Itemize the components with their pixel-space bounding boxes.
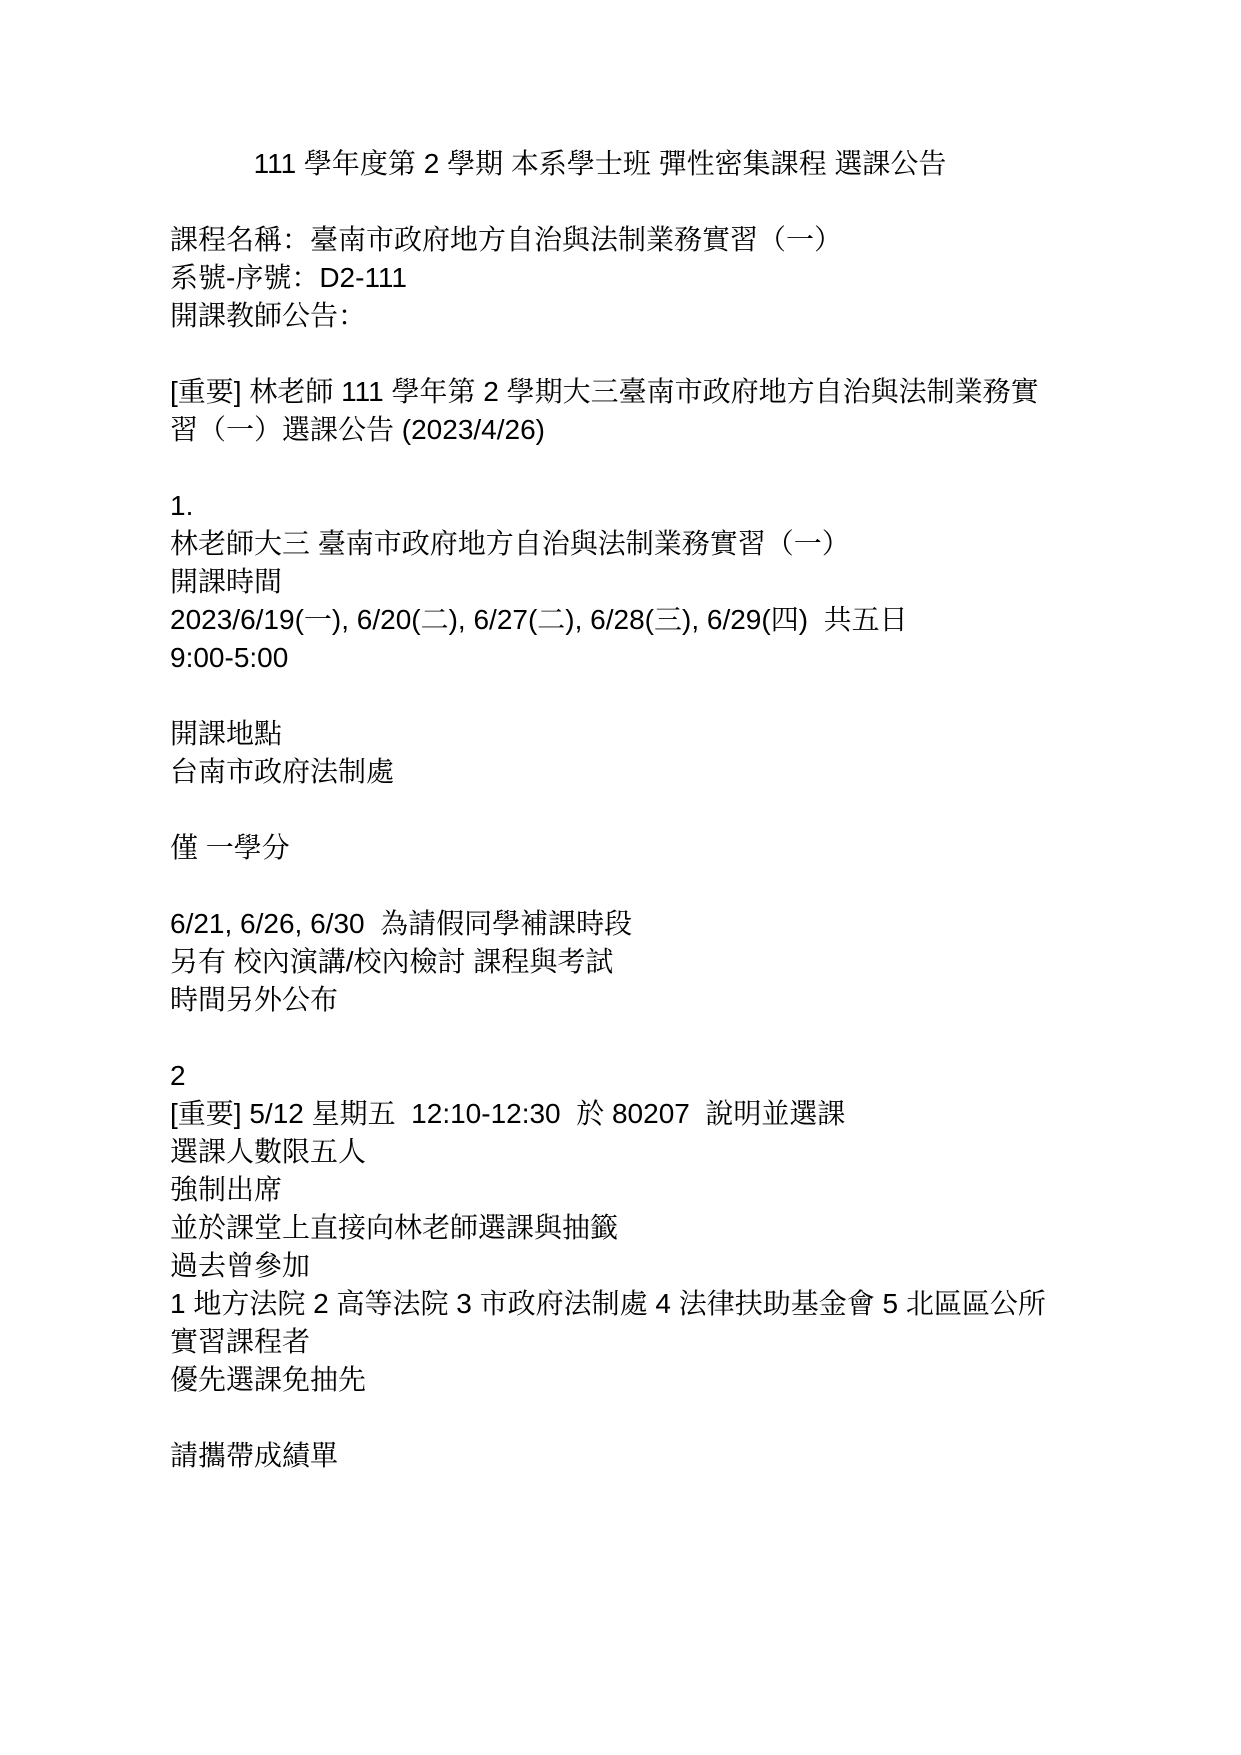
important-announcement-line: [重要] 林老師 111 學年第 2 學期大三臺南市政府地方自治與法制業務實習（… [170, 373, 1060, 449]
item-1-course-line: 林老師大三 臺南市政府地方自治與法制業務實習（一） [170, 525, 1060, 563]
extra-activities-line: 另有 校內演講/校內檢討 課程與考試 [170, 943, 1060, 981]
past-participation-label: 過去曾參加 [170, 1247, 1060, 1285]
item-2-number: 2 [170, 1057, 1060, 1095]
blank-line [170, 1399, 1060, 1437]
transcript-reminder-line: 請攜帶成績單 [170, 1437, 1060, 1475]
mandatory-attendance-line: 強制出席 [170, 1171, 1060, 1209]
course-name-line: 課程名稱：臺南市政府地方自治與法制業務實習（一） [170, 221, 1060, 259]
blank-line [170, 335, 1060, 373]
blank-line [170, 677, 1060, 715]
course-code-line: 系號-序號：D2-111 [170, 259, 1060, 297]
class-location-line: 台南市政府法制處 [170, 753, 1060, 791]
teacher-announcement-label: 開課教師公告： [170, 297, 1060, 335]
class-hours-line: 9:00-5:00 [170, 639, 1060, 677]
blank-line [170, 449, 1060, 487]
class-time-label: 開課時間 [170, 563, 1060, 601]
blank-line [170, 1019, 1060, 1057]
blank-line [170, 183, 1060, 221]
item-1-number: 1. [170, 487, 1060, 525]
credit-line: 僅 一學分 [170, 829, 1060, 867]
time-announce-line: 時間另外公布 [170, 981, 1060, 1019]
document-title: 111 學年度第 2 學期 本系學士班 彈性密集課程 選課公告 [170, 145, 1060, 183]
blank-line [170, 791, 1060, 829]
blank-line [170, 867, 1060, 905]
document-content: 111 學年度第 2 學期 本系學士班 彈性密集課程 選課公告 課程名稱：臺南市… [170, 145, 1060, 1475]
enrollment-limit-line: 選課人數限五人 [170, 1133, 1060, 1171]
makeup-dates-line: 6/21, 6/26, 6/30 為請假同學補課時段 [170, 905, 1060, 943]
past-participation-list-line: 1 地方法院 2 高等法院 3 市政府法制處 4 法律扶助基金會 5 北區區公所… [170, 1285, 1060, 1361]
in-class-selection-line: 並於課堂上直接向林老師選課與抽籤 [170, 1209, 1060, 1247]
class-dates-line: 2023/6/19(一), 6/20(二), 6/27(二), 6/28(三),… [170, 601, 1060, 639]
item-2-important-line: [重要] 5/12 星期五 12:10-12:30 於 80207 說明並選課 [170, 1095, 1060, 1133]
class-location-label: 開課地點 [170, 715, 1060, 753]
document-page: 111 學年度第 2 學期 本系學士班 彈性密集課程 選課公告 課程名稱：臺南市… [0, 0, 1241, 1755]
priority-selection-line: 優先選課免抽先 [170, 1361, 1060, 1399]
